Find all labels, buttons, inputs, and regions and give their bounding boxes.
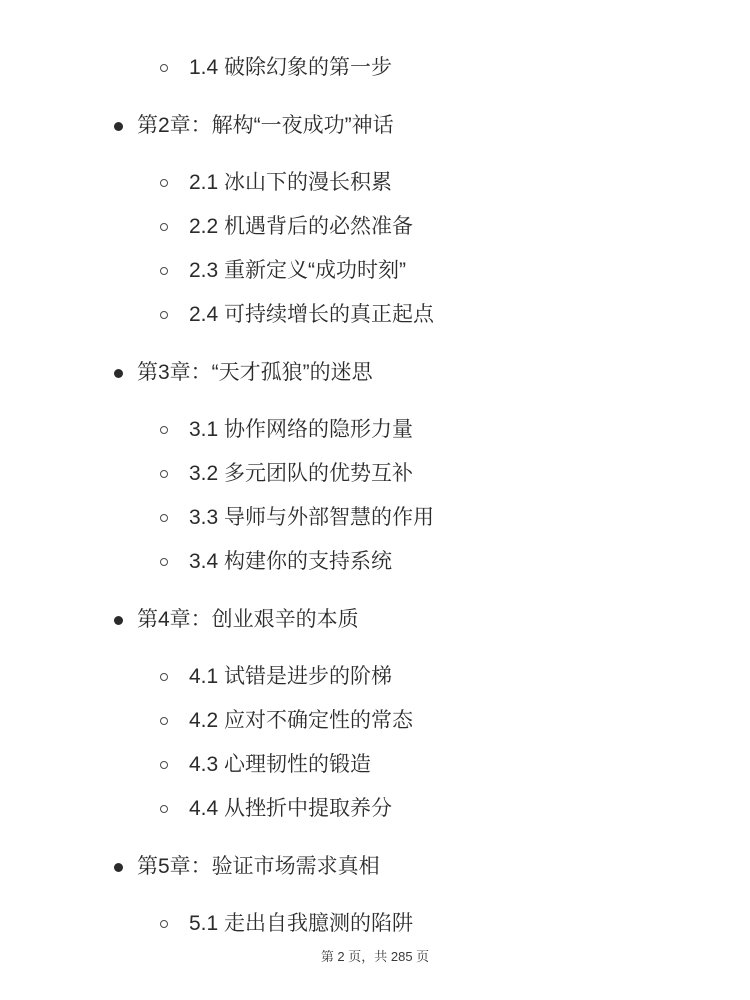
toc-sub-item: 3.1 协作网络的隐形力量 — [0, 408, 750, 452]
toc-item-label: 1.4 破除幻象的第一步 — [189, 56, 392, 79]
toc-sub-item: 4.1 试错是进步的阶梯 — [0, 655, 750, 699]
toc-item-label: 第2章：解构“一夜成功”神话 — [137, 114, 394, 137]
circle-bullet-icon — [160, 920, 168, 928]
circle-bullet-icon — [160, 673, 168, 681]
toc-item-label: 第5章：验证市场需求真相 — [137, 855, 380, 878]
disc-bullet-icon — [114, 369, 123, 378]
circle-bullet-icon — [160, 470, 168, 478]
circle-bullet-icon — [160, 805, 168, 813]
toc-item-label: 3.1 协作网络的隐形力量 — [189, 418, 413, 441]
disc-bullet-icon — [114, 863, 123, 872]
toc-item-label: 3.3 导师与外部智慧的作用 — [189, 506, 434, 529]
toc-item-label: 第3章：“天才孤狼”的迷思 — [137, 361, 373, 384]
circle-bullet-icon — [160, 761, 168, 769]
circle-bullet-icon — [160, 717, 168, 725]
toc-chapter-item: 第2章：解构“一夜成功”神话 — [0, 90, 750, 161]
toc-sub-item: 3.4 构建你的支持系统 — [0, 540, 750, 584]
toc-sub-item: 2.4 可持续增长的真正起点 — [0, 293, 750, 337]
circle-bullet-icon — [160, 514, 168, 522]
page-footer: 第 2 页，共 285 页 — [0, 946, 750, 965]
circle-bullet-icon — [160, 311, 168, 319]
toc-item-label: 5.1 走出自我臆测的陷阱 — [189, 912, 413, 935]
disc-bullet-icon — [114, 616, 123, 625]
toc-sub-item: 4.3 心理韧性的锻造 — [0, 743, 750, 787]
toc-chapter-item: 第5章：验证市场需求真相 — [0, 831, 750, 902]
toc-sub-item: 3.2 多元团队的优势互补 — [0, 452, 750, 496]
toc-chapter-item: 第4章：创业艰辛的本质 — [0, 584, 750, 655]
toc-chapter-item: 第3章：“天才孤狼”的迷思 — [0, 337, 750, 408]
toc-sub-item: 4.4 从挫折中提取养分 — [0, 787, 750, 831]
table-of-contents: 1.4 破除幻象的第一步 第2章：解构“一夜成功”神话 2.1 冰山下的漫长积累… — [0, 46, 750, 946]
toc-sub-item: 2.1 冰山下的漫长积累 — [0, 161, 750, 205]
toc-item-label: 第4章：创业艰辛的本质 — [137, 608, 359, 631]
toc-item-label: 4.3 心理韧性的锻造 — [189, 753, 371, 776]
toc-item-label: 3.2 多元团队的优势互补 — [189, 462, 413, 485]
circle-bullet-icon — [160, 179, 168, 187]
toc-sub-item: 3.3 导师与外部智慧的作用 — [0, 496, 750, 540]
document-page: 1.4 破除幻象的第一步 第2章：解构“一夜成功”神话 2.1 冰山下的漫长积累… — [0, 0, 750, 1000]
toc-sub-item: 2.2 机遇背后的必然准备 — [0, 205, 750, 249]
toc-item-label: 3.4 构建你的支持系统 — [189, 550, 392, 573]
toc-item-label: 4.4 从挫折中提取养分 — [189, 797, 392, 820]
circle-bullet-icon — [160, 223, 168, 231]
toc-sub-item: 2.3 重新定义“成功时刻” — [0, 249, 750, 293]
toc-item-label: 2.3 重新定义“成功时刻” — [189, 259, 406, 282]
circle-bullet-icon — [160, 558, 168, 566]
toc-sub-item: 4.2 应对不确定性的常态 — [0, 699, 750, 743]
toc-sub-item: 1.4 破除幻象的第一步 — [0, 46, 750, 90]
toc-item-label: 2.4 可持续增长的真正起点 — [189, 303, 434, 326]
toc-item-label: 2.1 冰山下的漫长积累 — [189, 171, 392, 194]
circle-bullet-icon — [160, 426, 168, 434]
circle-bullet-icon — [160, 267, 168, 275]
toc-item-label: 4.2 应对不确定性的常态 — [189, 709, 413, 732]
toc-sub-item: 5.1 走出自我臆测的陷阱 — [0, 902, 750, 946]
toc-item-label: 4.1 试错是进步的阶梯 — [189, 665, 392, 688]
circle-bullet-icon — [160, 64, 168, 72]
disc-bullet-icon — [114, 122, 123, 131]
toc-item-label: 2.2 机遇背后的必然准备 — [189, 215, 413, 238]
